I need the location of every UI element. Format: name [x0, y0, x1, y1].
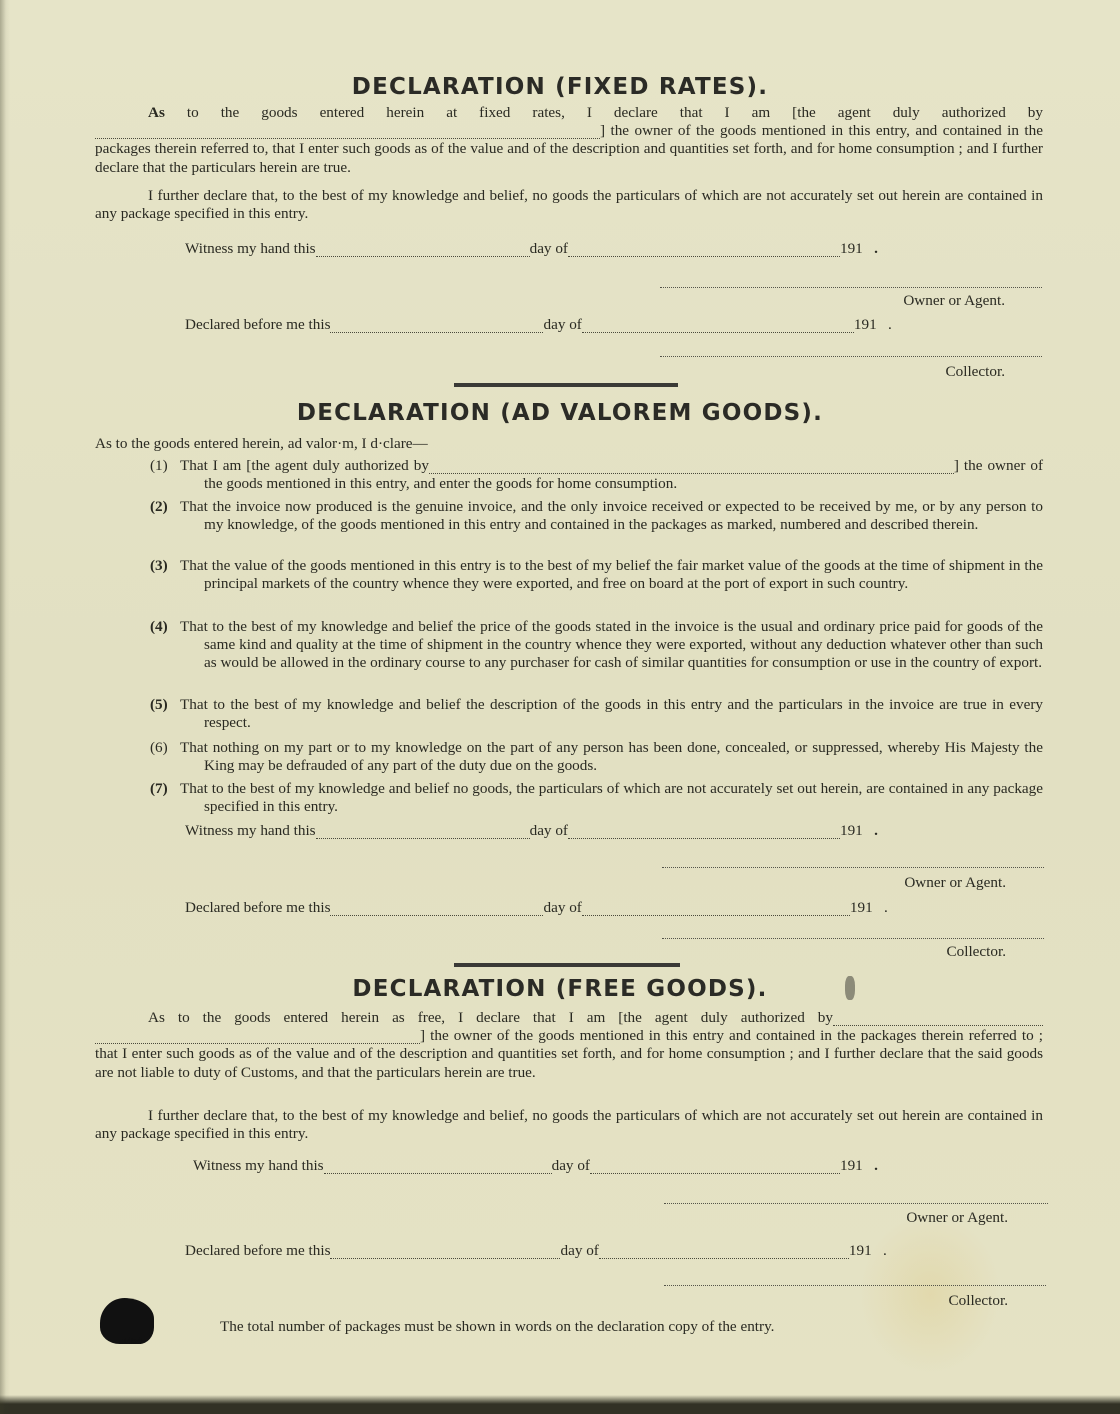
ad-valorem-collector-signature-line[interactable] [662, 938, 1044, 939]
item-text: That nothing on my part or to my knowled… [180, 739, 1043, 774]
item-number: (5) [150, 696, 180, 714]
fixed-rates-owner-signature-line[interactable] [660, 287, 1042, 288]
item-number: (2) [150, 498, 180, 516]
fixed-rates-witness-line: Witness my hand thisday of191 . [185, 240, 878, 258]
year-suffix: . [874, 240, 878, 257]
year-prefix: 191 [854, 316, 877, 333]
ad-valorem-owner-signature-line[interactable] [662, 867, 1044, 868]
ad-valorem-item-6: (6)That nothing on my part or to my know… [150, 739, 1043, 775]
ad-valorem-authorized-by-field[interactable] [429, 460, 954, 474]
free-goods-para-2: I further declare that, to the best of m… [95, 1107, 1043, 1143]
free-goods-authorized-by-field-cont[interactable] [95, 1030, 420, 1044]
fixed-rates-declared-day-field[interactable] [330, 319, 543, 333]
day-of-label: day of [530, 822, 568, 839]
section-divider [454, 383, 678, 387]
witness-label: Witness my hand this [185, 240, 316, 257]
free-goods-witness-line: Witness my hand thisday of191 . [193, 1157, 878, 1175]
declared-label: Declared before me this [185, 1242, 330, 1259]
ad-valorem-witness-month-field[interactable] [568, 825, 840, 839]
item-number: (4) [150, 618, 180, 636]
free-goods-owner-label: Owner or Agent. [708, 1209, 1008, 1227]
item-number: (3) [150, 557, 180, 575]
ad-valorem-collector-label: Collector. [706, 943, 1006, 961]
year-suffix: . [884, 899, 888, 916]
year-suffix: . [888, 316, 892, 333]
ad-valorem-declared-month-field[interactable] [582, 902, 850, 916]
item-number: (6) [150, 739, 180, 757]
ad-valorem-item-3: (3)That the value of the goods mentioned… [150, 557, 1043, 593]
form-number: 1454 [122, 1336, 142, 1346]
item-text: That to the best of my knowledge and bel… [180, 618, 1043, 671]
fixed-rates-para-2: I further declare that, to the best of m… [95, 187, 1043, 223]
witness-label: Witness my hand this [185, 822, 316, 839]
year-prefix: 191 [850, 899, 873, 916]
day-of-label: day of [552, 1157, 590, 1174]
item-number: (7) [150, 780, 180, 798]
section-divider [454, 963, 680, 967]
ad-valorem-item-1: (1)That I am [the agent duly authorized … [150, 457, 1043, 493]
fixed-rates-collector-label: Collector. [705, 363, 1005, 381]
year-suffix: . [883, 1242, 887, 1259]
free-goods-declared-day-field[interactable] [330, 1245, 560, 1259]
day-of-label: day of [543, 316, 581, 333]
free-goods-witness-month-field[interactable] [590, 1160, 840, 1174]
year-prefix: 191 [849, 1242, 872, 1259]
ad-valorem-witness-line: Witness my hand thisday of191 . [185, 822, 878, 840]
fixed-rates-authorized-by-field[interactable] [95, 125, 600, 139]
day-of-label: day of [530, 240, 568, 257]
year-prefix: 191 [840, 240, 863, 257]
day-of-label: day of [543, 899, 581, 916]
ad-valorem-item-5: (5)That to the best of my knowledge and … [150, 696, 1043, 732]
item-text: That the value of the goods mentioned in… [180, 557, 1043, 592]
item-text: That to the best of my knowledge and bel… [180, 696, 1043, 731]
free-goods-para-1: As to the goods entered herein as free, … [95, 1009, 1043, 1082]
free-goods-authorized-by-field[interactable] [833, 1012, 1043, 1026]
item-text: That to the best of my knowledge and bel… [180, 780, 1043, 815]
fixed-rates-witness-month-field[interactable] [568, 243, 840, 257]
fixed-rates-owner-label: Owner or Agent. [705, 292, 1005, 310]
fixed-rates-collector-signature-line[interactable] [660, 356, 1042, 357]
witness-label: Witness my hand this [193, 1157, 324, 1174]
para-lead: As [148, 104, 165, 121]
para-text-a: As to the goods entered herein as free, … [148, 1009, 833, 1026]
ad-valorem-declared-line: Declared before me thisday of191 . [185, 899, 888, 917]
fixed-rates-declared-line: Declared before me thisday of191 . [185, 316, 892, 334]
free-goods-collector-label: Collector. [708, 1292, 1008, 1310]
heading-free-goods: DECLARATION (FREE GOODS). [0, 976, 1120, 1002]
year-prefix: 191 [840, 822, 863, 839]
ad-valorem-witness-day-field[interactable] [316, 825, 530, 839]
ink-smudge [845, 976, 855, 1000]
ad-valorem-item-2: (2)That the invoice now produced is the … [150, 498, 1043, 534]
free-goods-collector-signature-line[interactable] [664, 1285, 1046, 1286]
form-page: DECLARATION (FIXED RATES). As to the goo… [0, 0, 1120, 1414]
free-goods-owner-signature-line[interactable] [664, 1203, 1048, 1204]
para-text-a: to the goods entered herein at fixed rat… [165, 104, 1043, 121]
year-suffix: . [874, 1157, 878, 1174]
item-number: (1) [150, 457, 180, 475]
item-text-a: That I am [the agent duly authorized by [180, 457, 429, 474]
heading-ad-valorem: DECLARATION (AD VALOREM GOODS). [0, 400, 1120, 426]
free-goods-witness-day-field[interactable] [324, 1160, 552, 1174]
declared-label: Declared before me this [185, 316, 330, 333]
ad-valorem-owner-label: Owner or Agent. [706, 874, 1006, 892]
ad-valorem-item-4: (4)That to the best of my knowledge and … [150, 618, 1043, 673]
declared-label: Declared before me this [185, 899, 330, 916]
ad-valorem-declared-day-field[interactable] [330, 902, 543, 916]
year-suffix: . [874, 822, 878, 839]
packages-footnote: The total number of packages must be sho… [220, 1318, 774, 1336]
year-prefix: 191 [840, 1157, 863, 1174]
fixed-rates-witness-day-field[interactable] [316, 243, 530, 257]
free-goods-declared-month-field[interactable] [599, 1245, 849, 1259]
free-goods-declared-line: Declared before me thisday of191 . [185, 1242, 887, 1260]
heading-fixed-rates: DECLARATION (FIXED RATES). [0, 74, 1120, 100]
day-of-label: day of [560, 1242, 598, 1259]
ad-valorem-item-7: (7)That to the best of my knowledge and … [150, 780, 1043, 816]
item-text: That the invoice now produced is the gen… [180, 498, 1043, 533]
fixed-rates-declared-month-field[interactable] [582, 319, 854, 333]
fixed-rates-para-1: As to the goods entered herein at fixed … [95, 104, 1043, 177]
ad-valorem-intro: As to the goods entered herein, ad valor… [95, 435, 1043, 453]
